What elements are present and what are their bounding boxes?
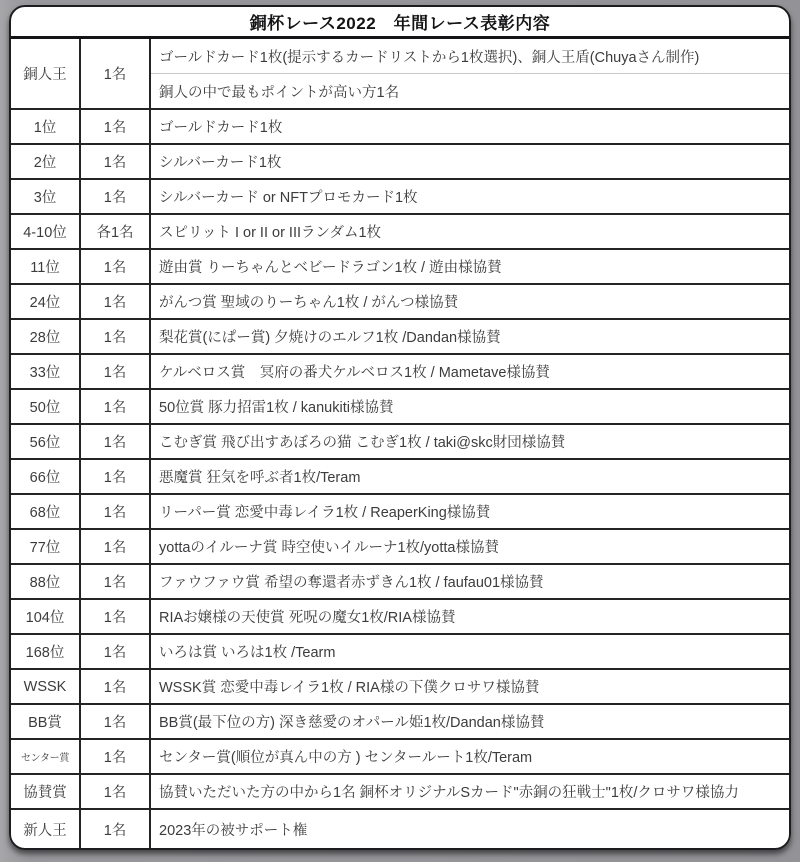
table-row: 銅人王 1名 ゴールドカード1枚(提示するカードリストから1枚選択)、銅人王盾(… bbox=[11, 39, 789, 110]
table-row: WSSK 1名 WSSK賞 恋愛中毒レイラ1枚 / RIA様の下僕クロサワ様協賛 bbox=[11, 670, 789, 705]
count-cell: 1名 bbox=[81, 285, 151, 318]
count-cell: 1名 bbox=[81, 705, 151, 738]
table-row: 11位 1名 遊由賞 りーちゃんとベビードラゴン1枚 / 遊由様協賛 bbox=[11, 250, 789, 285]
prize-cell: 梨花賞(にぱー賞) 夕焼けのエルフ1枚 /Dandan様協賛 bbox=[151, 320, 789, 353]
table-row: センター賞 1名 センター賞(順位が真ん中の方 ) センタールート1枚/Tera… bbox=[11, 740, 789, 775]
table-row: 68位 1名 リーパー賞 恋愛中毒レイラ1枚 / ReaperKing様協賛 bbox=[11, 495, 789, 530]
table-row: 33位 1名 ケルベロス賞 冥府の番犬ケルベロス1枚 / Mametave様協賛 bbox=[11, 355, 789, 390]
rank-cell: 33位 bbox=[11, 355, 81, 388]
rank-cell: WSSK bbox=[11, 670, 81, 703]
rank-cell: 1位 bbox=[11, 110, 81, 143]
prize-cell: シルバーカード1枚 bbox=[151, 145, 789, 178]
table-row: 77位 1名 yottaのイルーナ賞 時空使いイルーナ1枚/yotta様協賛 bbox=[11, 530, 789, 565]
count-cell: 1名 bbox=[81, 110, 151, 143]
count-cell: 1名 bbox=[81, 530, 151, 563]
count-cell: 1名 bbox=[81, 355, 151, 388]
prize-cell: スピリット I or II or IIIランダム1枚 bbox=[151, 215, 789, 248]
table-row: 104位 1名 RIAお嬢様の天使賞 死呪の魔女1枚/RIA様協賛 bbox=[11, 600, 789, 635]
count-cell: 1名 bbox=[81, 635, 151, 668]
prize-line-2: 銅人の中で最もポイントが高い方1名 bbox=[151, 74, 789, 108]
prize-cell: RIAお嬢様の天使賞 死呪の魔女1枚/RIA様協賛 bbox=[151, 600, 789, 633]
prize-cell: ケルベロス賞 冥府の番犬ケルベロス1枚 / Mametave様協賛 bbox=[151, 355, 789, 388]
count-cell: 1名 bbox=[81, 740, 151, 773]
rank-cell: 68位 bbox=[11, 495, 81, 528]
count-cell: 1名 bbox=[81, 460, 151, 493]
count-cell: 1名 bbox=[81, 670, 151, 703]
screenshot-background: 銅杯レース2022 年間レース表彰内容 銅人王 1名 ゴールドカード1枚(提示す… bbox=[0, 0, 800, 862]
count-cell: 1名 bbox=[81, 775, 151, 808]
prize-cell: BB賞(最下位の方) 深き慈愛のオパール姫1枚/Dandan様協賛 bbox=[151, 705, 789, 738]
table-row: 66位 1名 悪魔賞 狂気を呼ぶ者1枚/Teram bbox=[11, 460, 789, 495]
prize-cell: ファウファウ賞 希望の奪還者赤ずきん1枚 / faufau01様協賛 bbox=[151, 565, 789, 598]
table-row: 28位 1名 梨花賞(にぱー賞) 夕焼けのエルフ1枚 /Dandan様協賛 bbox=[11, 320, 789, 355]
award-table: 銅杯レース2022 年間レース表彰内容 銅人王 1名 ゴールドカード1枚(提示す… bbox=[9, 5, 791, 850]
table-row: 新人王 1名 2023年の被サポート権 bbox=[11, 810, 789, 848]
table-row: 協賛賞 1名 協賛いただいた方の中から1名 銅杯オリジナルSカード"赤銅の狂戦士… bbox=[11, 775, 789, 810]
rank-cell: センター賞 bbox=[11, 740, 81, 773]
count-cell: 1名 bbox=[81, 425, 151, 458]
prize-cell: 遊由賞 りーちゃんとベビードラゴン1枚 / 遊由様協賛 bbox=[151, 250, 789, 283]
rank-cell: 3位 bbox=[11, 180, 81, 213]
rank-cell: 50位 bbox=[11, 390, 81, 423]
prize-cell: 50位賞 豚力招雷1枚 / kanukiti様協賛 bbox=[151, 390, 789, 423]
prize-cell: ゴールドカード1枚 bbox=[151, 110, 789, 143]
count-cell: 1名 bbox=[81, 565, 151, 598]
prize-cell: 2023年の被サポート権 bbox=[151, 810, 789, 848]
prize-line-1: ゴールドカード1枚(提示するカードリストから1枚選択)、銅人王盾(Chuyaさん… bbox=[151, 39, 789, 74]
rank-cell: 11位 bbox=[11, 250, 81, 283]
prize-cell: WSSK賞 恋愛中毒レイラ1枚 / RIA様の下僕クロサワ様協賛 bbox=[151, 670, 789, 703]
table-row: 4-10位 各1名 スピリット I or II or IIIランダム1枚 bbox=[11, 215, 789, 250]
prize-cell: ゴールドカード1枚(提示するカードリストから1枚選択)、銅人王盾(Chuyaさん… bbox=[151, 39, 789, 108]
count-cell: 1名 bbox=[81, 600, 151, 633]
rank-cell: 2位 bbox=[11, 145, 81, 178]
table-row: 24位 1名 がんつ賞 聖域のりーちゃん1枚 / がんつ様協賛 bbox=[11, 285, 789, 320]
count-cell: 1名 bbox=[81, 145, 151, 178]
count-cell: 1名 bbox=[81, 180, 151, 213]
prize-cell: シルバーカード or NFTプロモカード1枚 bbox=[151, 180, 789, 213]
count-cell: 各1名 bbox=[81, 215, 151, 248]
rank-cell: 24位 bbox=[11, 285, 81, 318]
prize-cell: こむぎ賞 飛び出すあぼろの猫 こむぎ1枚 / taki@skc財団様協賛 bbox=[151, 425, 789, 458]
page-title: 銅杯レース2022 年間レース表彰内容 bbox=[11, 7, 789, 39]
rank-cell: 77位 bbox=[11, 530, 81, 563]
prize-cell: いろは賞 いろは1枚 /Tearm bbox=[151, 635, 789, 668]
rank-cell: 4-10位 bbox=[11, 215, 81, 248]
table-row: 1位 1名 ゴールドカード1枚 bbox=[11, 110, 789, 145]
rank-cell: 88位 bbox=[11, 565, 81, 598]
rank-cell: 104位 bbox=[11, 600, 81, 633]
prize-cell: リーパー賞 恋愛中毒レイラ1枚 / ReaperKing様協賛 bbox=[151, 495, 789, 528]
table-row: 56位 1名 こむぎ賞 飛び出すあぼろの猫 こむぎ1枚 / taki@skc財団… bbox=[11, 425, 789, 460]
rank-cell: 新人王 bbox=[11, 810, 81, 848]
document-card: 銅杯レース2022 年間レース表彰内容 銅人王 1名 ゴールドカード1枚(提示す… bbox=[9, 5, 791, 850]
rank-cell: 銅人王 bbox=[11, 39, 81, 108]
rank-cell: 協賛賞 bbox=[11, 775, 81, 808]
rank-cell: 168位 bbox=[11, 635, 81, 668]
rank-cell: 66位 bbox=[11, 460, 81, 493]
rank-cell: 28位 bbox=[11, 320, 81, 353]
rank-cell: 56位 bbox=[11, 425, 81, 458]
count-cell: 1名 bbox=[81, 390, 151, 423]
table-row: 50位 1名 50位賞 豚力招雷1枚 / kanukiti様協賛 bbox=[11, 390, 789, 425]
count-cell: 1名 bbox=[81, 250, 151, 283]
prize-cell: センター賞(順位が真ん中の方 ) センタールート1枚/Teram bbox=[151, 740, 789, 773]
table-row: 2位 1名 シルバーカード1枚 bbox=[11, 145, 789, 180]
table-row: 3位 1名 シルバーカード or NFTプロモカード1枚 bbox=[11, 180, 789, 215]
count-cell: 1名 bbox=[81, 495, 151, 528]
prize-cell: 協賛いただいた方の中から1名 銅杯オリジナルSカード"赤銅の狂戦士"1枚/クロサ… bbox=[151, 775, 789, 808]
rank-cell: BB賞 bbox=[11, 705, 81, 738]
count-cell: 1名 bbox=[81, 810, 151, 848]
count-cell: 1名 bbox=[81, 39, 151, 108]
table-row: 168位 1名 いろは賞 いろは1枚 /Tearm bbox=[11, 635, 789, 670]
prize-cell: 悪魔賞 狂気を呼ぶ者1枚/Teram bbox=[151, 460, 789, 493]
count-cell: 1名 bbox=[81, 320, 151, 353]
prize-cell: がんつ賞 聖域のりーちゃん1枚 / がんつ様協賛 bbox=[151, 285, 789, 318]
table-row: 88位 1名 ファウファウ賞 希望の奪還者赤ずきん1枚 / faufau01様協… bbox=[11, 565, 789, 600]
prize-cell: yottaのイルーナ賞 時空使いイルーナ1枚/yotta様協賛 bbox=[151, 530, 789, 563]
table-row: BB賞 1名 BB賞(最下位の方) 深き慈愛のオパール姫1枚/Dandan様協賛 bbox=[11, 705, 789, 740]
